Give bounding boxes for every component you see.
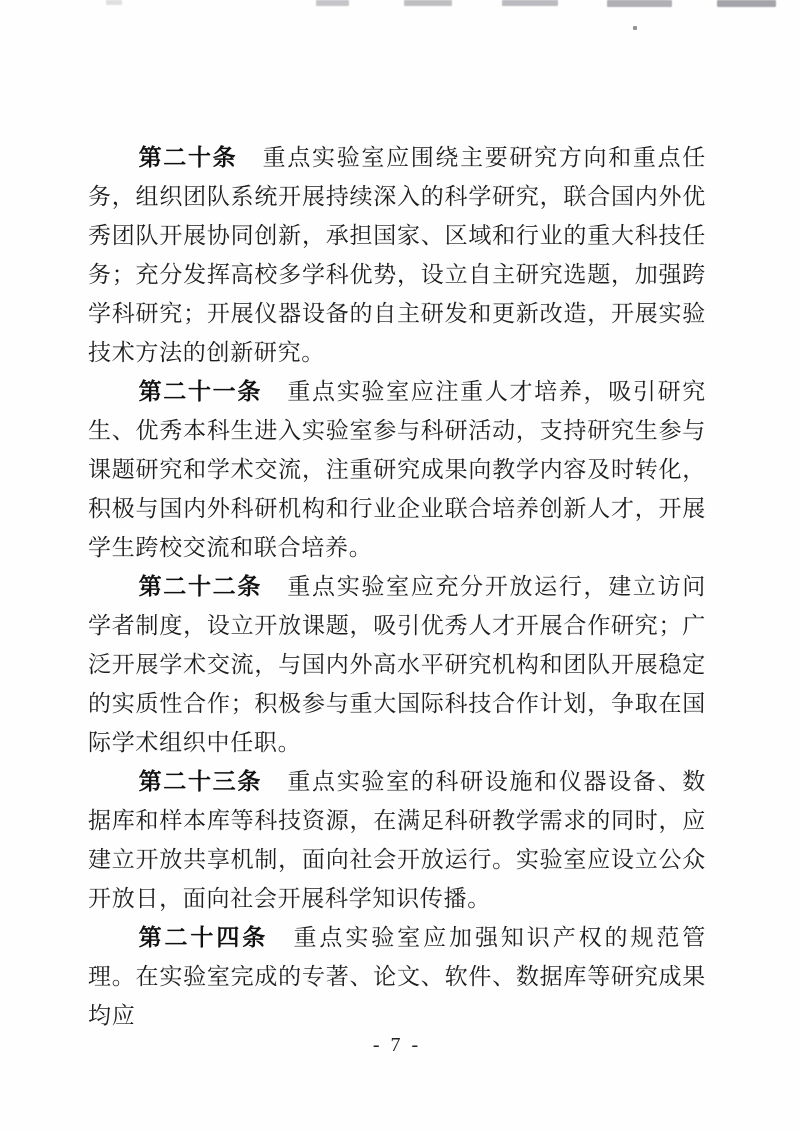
scan-speck bbox=[633, 26, 637, 30]
article-paragraph-23: 第二十三条重点实验室的科研设施和仪器设备、数据库和样本库等科技资源，在满足科研教… bbox=[88, 762, 706, 918]
scan-artifact bbox=[316, 0, 349, 6]
article-number: 第二十二条 bbox=[139, 574, 262, 599]
article-number: 第二十一条 bbox=[139, 379, 262, 404]
page-number: - 7 - bbox=[88, 1034, 706, 1057]
scanned-document-page: 第二十条重点实验室应围绕主要研究方向和重点任务，组织团队系统开展持续深入的科学研… bbox=[0, 0, 800, 1131]
article-paragraph-24: 第二十四条重点实验室应加强知识产权的规范管理。在实验室完成的专著、论文、软件、数… bbox=[88, 918, 706, 1035]
article-paragraph-22: 第二十二条重点实验室应充分开放运行，建立访问学者制度，设立开放课题，吸引优秀人才… bbox=[88, 567, 706, 762]
scan-artifact bbox=[106, 0, 122, 5]
document-body: 第二十条重点实验室应围绕主要研究方向和重点任务，组织团队系统开展持续深入的科学研… bbox=[88, 138, 706, 1035]
article-paragraph-20: 第二十条重点实验室应围绕主要研究方向和重点任务，组织团队系统开展持续深入的科学研… bbox=[88, 138, 706, 372]
article-number: 第二十四条 bbox=[139, 925, 269, 950]
article-text: 重点实验室应充分开放运行，建立访问学者制度，设立开放课题，吸引优秀人才开展合作研… bbox=[88, 574, 706, 755]
scan-artifact bbox=[607, 0, 672, 7]
article-number: 第二十三条 bbox=[139, 769, 262, 794]
scan-artifact bbox=[717, 0, 776, 7]
article-text: 重点实验室应注重人才培养，吸引研究生、优秀本科生进入实验室参与科研活动，支持研究… bbox=[88, 379, 706, 560]
article-number: 第二十条 bbox=[139, 145, 238, 170]
article-text: 重点实验室应围绕主要研究方向和重点任务，组织团队系统开展持续深入的科学研究，联合… bbox=[88, 145, 706, 365]
scan-artifact bbox=[404, 0, 452, 6]
article-paragraph-21: 第二十一条重点实验室应注重人才培养，吸引研究生、优秀本科生进入实验室参与科研活动… bbox=[88, 372, 706, 567]
scan-artifact bbox=[502, 0, 558, 6]
